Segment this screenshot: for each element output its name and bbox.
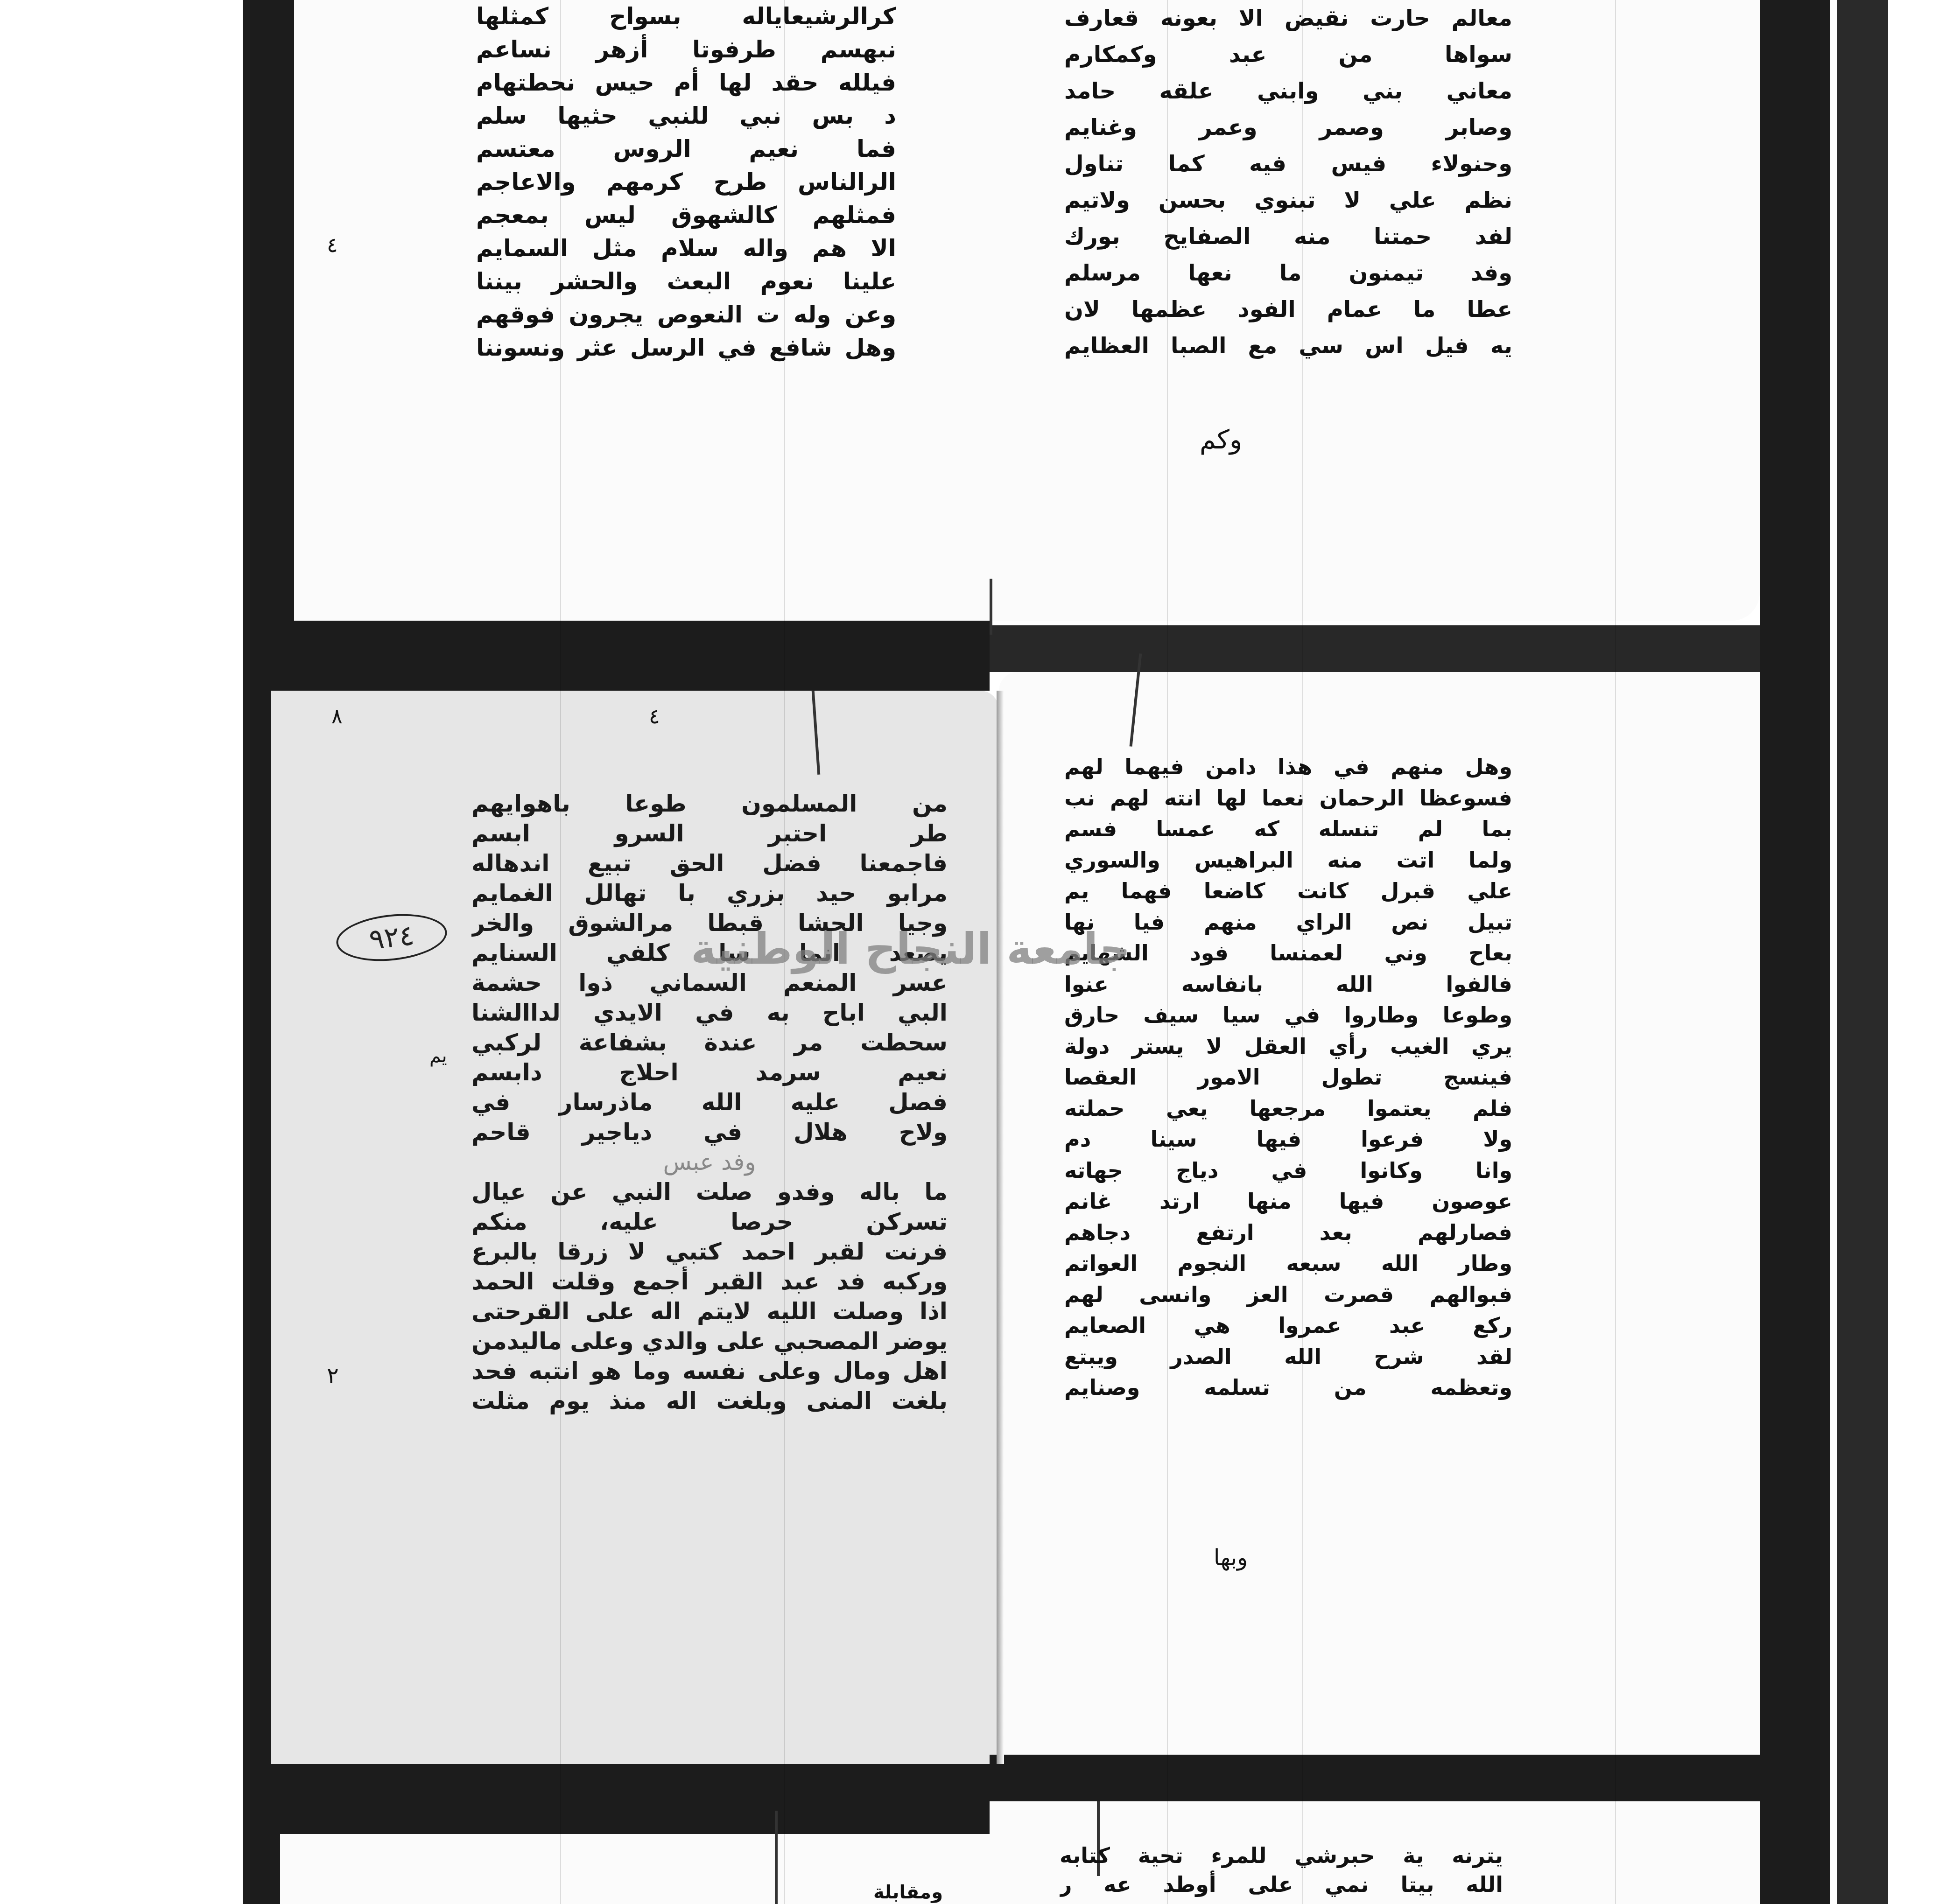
text-line: وتعظمه من تسلمه وصنايم bbox=[1064, 1372, 1512, 1403]
text-line: فينسج تطول الامور العقصا bbox=[1064, 1062, 1512, 1093]
text-line: بلغت المنى وبلغت اله منذ يوم مثلت bbox=[471, 1386, 948, 1416]
text-line: بعاح وني لعمنسا فود الشهايم bbox=[1064, 938, 1512, 969]
text-line: نبهسم طرفوتا أزهر نساعم bbox=[476, 33, 896, 66]
middle-left-text-block: من المسلمون طوعا باهوايهم طر احتبر السرو… bbox=[471, 789, 948, 1416]
upper-left-text-block: كرالرشيعاياله بسواح كمثلها نبهسم طرفوتا … bbox=[476, 0, 896, 364]
upper-right-catchword: وكم bbox=[1200, 425, 1242, 455]
text-line: وركبه فد عبد القبر أجمع وقلت الحمد bbox=[471, 1267, 948, 1296]
middle-right-catchword: وبها bbox=[1214, 1545, 1248, 1571]
lower-left-text-block: ومقابلة bbox=[756, 1881, 943, 1904]
text-line: اذا وصلت الليه لايتم اله على القرحتى bbox=[471, 1296, 948, 1326]
text-line: يترنه ية حبرشي للمرء تحية كتابه bbox=[1060, 1841, 1503, 1870]
upper-right-text-block: معالم حارت نقيض الا بعونه قعارف سواها من… bbox=[1064, 0, 1512, 364]
text-line: ومقابلة bbox=[756, 1881, 943, 1904]
text-line: بما لم تنسله كه عمسا فسم bbox=[1064, 813, 1512, 845]
text-line: فيلله حقد لها أم حيس نحطتهام bbox=[476, 66, 896, 99]
text-line: فاجمعنا فضل الحق تبيع اندهاله bbox=[471, 848, 948, 878]
text-line: علينا نعوم البعث والحشر بيننا bbox=[476, 265, 896, 298]
film-right-edge-inner bbox=[1760, 0, 1830, 1904]
text-line: فرنت لقبر احمد كتبي لا زرقا بالبرع bbox=[471, 1237, 948, 1267]
frame-divider-lower bbox=[243, 1764, 990, 1834]
section-heading: وفد عبس bbox=[471, 1147, 948, 1177]
text-line: الله بيتا نمي على أوطد عه ر bbox=[1060, 1870, 1503, 1899]
text-line: فالفوا الله بانفاسه عنوا bbox=[1064, 969, 1512, 1000]
text-line: فصارلهم بعد ارتفع دجاهم bbox=[1064, 1217, 1512, 1248]
margin-mark: يم bbox=[429, 1045, 447, 1067]
text-line: وهل منهم في هذا دامن فيهما لهم bbox=[1064, 751, 1512, 783]
text-line: وفد تيمنون ما نعها مرسلم bbox=[1064, 255, 1512, 291]
text-line: تبيل نص الراي منهم فيا نها bbox=[1064, 907, 1512, 938]
middle-right-text-block: وهل منهم في هذا دامن فيهما لهم فسوعظا ال… bbox=[1064, 751, 1512, 1403]
ruling-line bbox=[1615, 0, 1616, 1904]
text-line: وانا وكانوا في دياج جهاته bbox=[1064, 1155, 1512, 1186]
text-line: يه فيل اس سي مع الصبا العظايم bbox=[1064, 328, 1512, 364]
text-line: البي اباح به في الايدي لداالشنا bbox=[471, 998, 948, 1028]
text-line: وطوعا وطاروا في سيا سيف حارق bbox=[1064, 1000, 1512, 1031]
text-line: سواها من عبد وكمكارم bbox=[1064, 36, 1512, 73]
text-line: فما نعيم الروس معتسم bbox=[476, 133, 896, 166]
upper-left-margin-mark: ٤ bbox=[327, 233, 338, 257]
text-line: معاني بني وابني علقه حامد bbox=[1064, 73, 1512, 109]
margin-mark: ٤ bbox=[649, 705, 660, 728]
text-line: الرالناس طرح كرمهم والاعاجم bbox=[476, 166, 896, 199]
text-line: نظم علي لا تبنوي بحسن ولاتيم bbox=[1064, 182, 1512, 218]
text-line: وهل شافع في الرسل عثر ونسوننا bbox=[476, 331, 896, 364]
frame-divider-upper bbox=[243, 621, 990, 691]
text-line: الا هم واله سلام مثل السمايم bbox=[476, 232, 896, 265]
text-line: وصابر وصمر وعمر وغنايم bbox=[1064, 109, 1512, 146]
text-line: فسوعظا الرحمان نعما لها انته لهم نب bbox=[1064, 783, 1512, 814]
text-line: لفد حمتنا منه الصفايح بورك bbox=[1064, 218, 1512, 255]
text-line: طر احتبر السرو ابسم bbox=[471, 819, 948, 848]
institution-watermark: جامعة النجاح الوطنية bbox=[691, 924, 1131, 974]
text-line: كرالرشيعاياله بسواح كمثلها bbox=[476, 0, 896, 33]
film-right-edge-outer bbox=[1837, 0, 1888, 1904]
text-line: يوضر المصحبي على والدي وعلى ماليدمن bbox=[471, 1326, 948, 1356]
text-line: وعن وله ت النعوص يجرون فوقهم bbox=[476, 298, 896, 331]
text-line: اهل ومال وعلى نفسه وما هو انتبه فحد bbox=[471, 1356, 948, 1386]
lower-right-text-block: يترنه ية حبرشي للمرء تحية كتابه الله بيت… bbox=[1060, 1841, 1503, 1899]
text-line: ما باله وفدو صلت النبي عن عيال bbox=[471, 1177, 948, 1207]
text-line: ولاح هلال في دياجير قاحم bbox=[471, 1117, 948, 1147]
text-line: ركع عبد عمروا هي الصعايم bbox=[1064, 1310, 1512, 1341]
text-line: وطار الله سبعه النجوم العواتم bbox=[1064, 1248, 1512, 1279]
text-line: فلم يعتموا مرجعها يعي حملته bbox=[1064, 1093, 1512, 1124]
text-line: وحنولاء فيس فيه كما تناول bbox=[1064, 146, 1512, 182]
text-line: من المسلمون طوعا باهوايهم bbox=[471, 789, 948, 819]
binding-thread-upper bbox=[990, 579, 992, 635]
text-line: ولا فرعوا فيها سينا دم bbox=[1064, 1124, 1512, 1155]
text-line: يري الغيب رأي العقل لا يستر دولة bbox=[1064, 1031, 1512, 1062]
frame-divider-lower-right bbox=[990, 1755, 1760, 1801]
frame-divider-upper-right bbox=[990, 625, 1760, 672]
text-line: مرابو حيد بزري با تهالل الغمايم bbox=[471, 878, 948, 908]
text-line: لقد شرح الله الصدر ويبتع bbox=[1064, 1341, 1512, 1372]
text-line: فصل عليه الله ماذرسار في bbox=[471, 1087, 948, 1117]
text-line: عوصون فيها منها ارتد غانم bbox=[1064, 1186, 1512, 1217]
text-line: فمثلهم كالشهوق ليس بمعجم bbox=[476, 199, 896, 232]
text-line: عطا ما عمام الفود عظمها لان bbox=[1064, 291, 1512, 328]
text-line: تسركن حرصا عليه، منكم bbox=[471, 1207, 948, 1237]
text-line: سحطت مر عندة بشفاعة لركبي bbox=[471, 1028, 948, 1057]
text-line: علي قبرل كانت كاضعا فهما يم bbox=[1064, 875, 1512, 907]
spine-crease bbox=[997, 691, 1004, 1764]
margin-mark: ٨ bbox=[331, 705, 343, 728]
text-line: د بس نبي للنبي حثيها سلم bbox=[476, 99, 896, 133]
margin-mark: ٢ bbox=[327, 1363, 339, 1389]
text-line: فبوالهم قصرت العز وانسى لهم bbox=[1064, 1279, 1512, 1310]
text-line: معالم حارت نقيض الا بعونه قعارف bbox=[1064, 0, 1512, 36]
text-line: ولما اتت منه البراهيس والسوري bbox=[1064, 845, 1512, 876]
text-line: نعيم سرمد احلاج دابسم bbox=[471, 1057, 948, 1087]
